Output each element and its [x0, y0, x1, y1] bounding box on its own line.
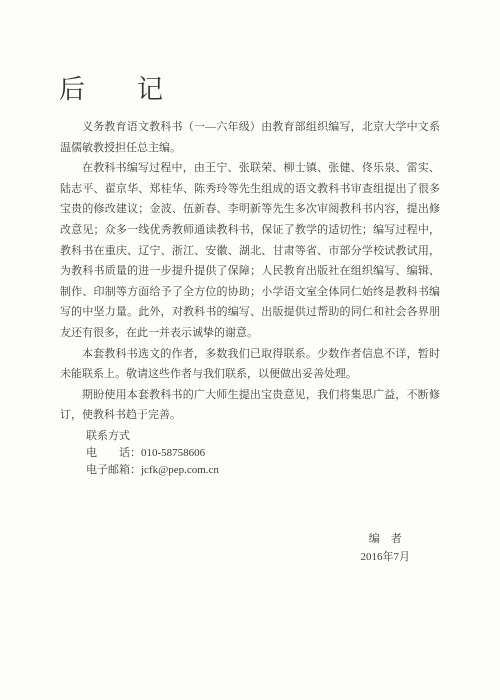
contact-phone: 电 话：010-58758606: [86, 445, 219, 462]
paragraph-authors-contact: 本套教科书选文的作者，多数我们已取得联系。少数作者信息不详，暂时未能联系上。敬请…: [60, 344, 440, 385]
paragraph-feedback-request: 期盼使用本套教科书的广大师生提出宝贵意见，我们将集思广益，不断修订，使教科书趋于…: [60, 385, 440, 426]
contact-heading: 联系方式: [86, 428, 219, 445]
paragraph-acknowledgements: 在教科书编写过程中，由王宁、张联荣、柳士镇、张健、佟乐泉、雷实、陆志平、翟京华、…: [60, 158, 440, 343]
signature-date: 2016年7月: [361, 548, 411, 566]
page-title: 后 记: [59, 69, 163, 106]
contact-email: 电子邮箱：jcfk@pep.com.cn: [86, 462, 219, 479]
signature-author: 编 者: [361, 530, 411, 548]
afterword-page: 后 记 义务教育语文教科书（一—六年级）由教育部组织编写，北京大学中文系温儒敏教…: [0, 0, 500, 700]
paragraph-intro: 义务教育语文教科书（一—六年级）由教育部组织编写，北京大学中文系温儒敏教授担任总…: [60, 117, 440, 158]
afterword-body: 义务教育语文教科书（一—六年级）由教育部组织编写，北京大学中文系温儒敏教授担任总…: [60, 117, 440, 426]
contact-info-block: 联系方式 电 话：010-58758606 电子邮箱：jcfk@pep.com.…: [86, 428, 219, 480]
signature-block: 编 者 2016年7月: [361, 530, 411, 566]
